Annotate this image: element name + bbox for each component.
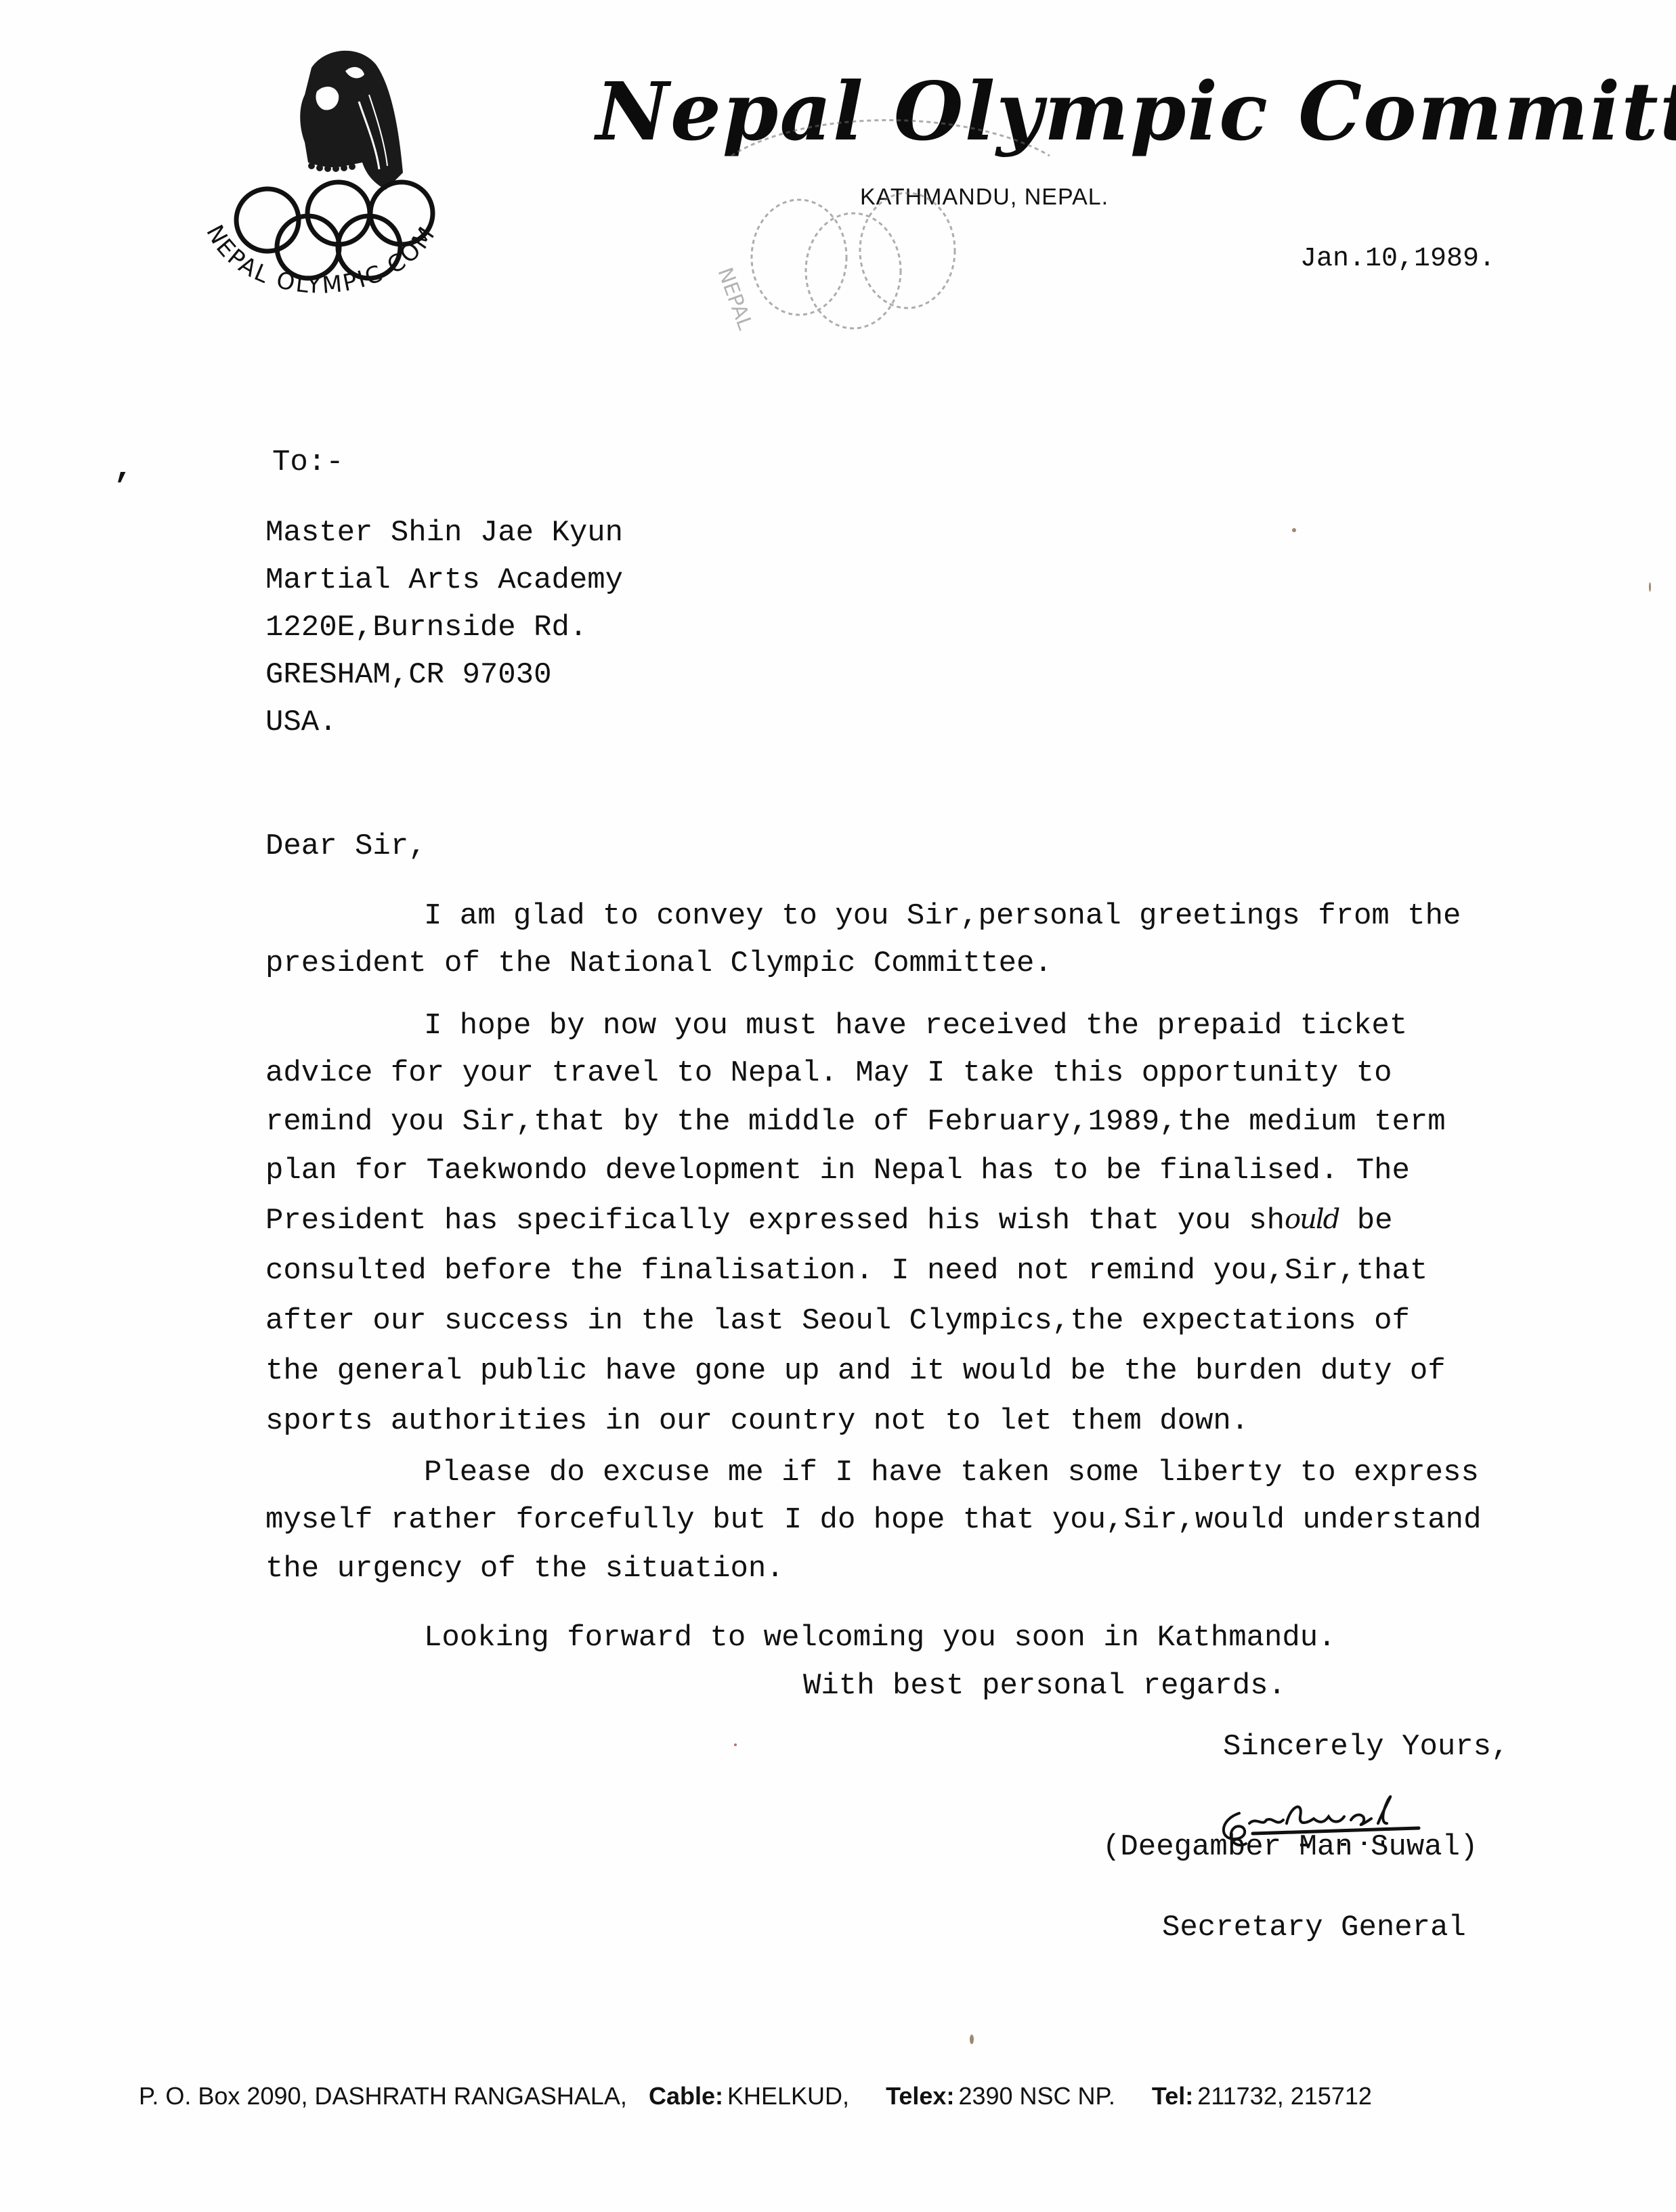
scan-speck	[1649, 582, 1651, 592]
paragraph-2-line-1: I hope by now you must have received the…	[424, 1009, 1407, 1043]
scan-speck	[1292, 528, 1296, 532]
paragraph-2-line-5-typed: President has specifically expressed his…	[265, 1204, 1285, 1238]
recipient-organization: Martial Arts Academy	[265, 563, 623, 597]
sign-off: Sincerely Yours,	[1223, 1730, 1509, 1764]
closing-line-1: Looking forward to welcoming you soon in…	[424, 1621, 1336, 1655]
signatory-title: Secretary General	[1162, 1911, 1466, 1945]
recipient-label: To:-	[272, 446, 344, 479]
recipient-name: Master Shin Jae Kyun	[265, 516, 623, 550]
letter-page: NEPAL OLYMPIC COMMITTEE Nepal Olympic Co…	[0, 0, 1676, 2212]
paragraph-1-line-1: I am glad to convey to you Sir,personal …	[424, 899, 1461, 933]
letterhead-footer: P. O. Box 2090, DASHRATH RANGASHALA, Cab…	[139, 2082, 1402, 2110]
recipient-city: GRESHAM,CR 97030	[265, 658, 551, 692]
stamp-text: NEPAL	[712, 265, 756, 333]
footer-cable-value: KHELKUD,	[727, 2082, 849, 2110]
faded-stamp-icon: NEPAL	[670, 115, 1104, 339]
footer-cable-label: Cable:	[649, 2082, 723, 2110]
paragraph-2-line-5-tail: be	[1339, 1204, 1392, 1238]
scan-speck	[734, 1743, 737, 1746]
paragraph-2-line-8: the general public have gone up and it w…	[265, 1354, 1446, 1388]
paragraph-2-line-2: advice for your travel to Nepal. May I t…	[265, 1056, 1392, 1090]
footer-telex-value: 2390 NSC NP.	[958, 2082, 1115, 2110]
paragraph-2-line-7: after our success in the last Seoul Clym…	[265, 1304, 1410, 1338]
paragraph-1-line-2: president of the National Clympic Commit…	[265, 947, 1052, 980]
paragraph-2-line-5: President has specifically expressed his…	[265, 1204, 1393, 1238]
footer-telex-label: Telex:	[886, 2082, 954, 2110]
signatory-name: (Deegamber Man Suwal)	[1102, 1830, 1478, 1864]
paragraph-2-line-3: remind you Sir,that by the middle of Feb…	[265, 1105, 1446, 1139]
footer-tel-label: Tel:	[1152, 2082, 1193, 2110]
paragraph-3-line-3: the urgency of the situation.	[265, 1552, 784, 1586]
paragraph-2-line-6: consulted before the finalisation. I nee…	[265, 1254, 1427, 1288]
salutation: Dear Sir,	[265, 829, 427, 863]
handwritten-correction: ould	[1285, 1204, 1339, 1235]
recipient-street: 1220E,Burnside Rd.	[265, 611, 587, 645]
paragraph-2-line-4: plan for Taekwondo development in Nepal …	[265, 1154, 1410, 1188]
letter-date: Jan.10,1989.	[1300, 244, 1495, 274]
closing-line-2: With best personal regards.	[803, 1669, 1286, 1703]
olympic-committee-emblem-icon: NEPAL OLYMPIC COMMITTEE	[142, 27, 494, 298]
margin-mark: ,	[114, 450, 133, 487]
paragraph-2-line-9: sports authorities in our country not to…	[265, 1404, 1249, 1438]
recipient-country: USA.	[265, 706, 337, 739]
footer-tel-value: 211732, 215712	[1197, 2082, 1372, 2110]
scan-speck	[970, 2035, 974, 2044]
paragraph-3-line-2: myself rather forcefully but I do hope t…	[265, 1503, 1482, 1537]
footer-address: P. O. Box 2090, DASHRATH RANGASHALA,	[139, 2082, 627, 2110]
paragraph-3-line-1: Please do excuse me if I have taken some…	[424, 1456, 1479, 1490]
